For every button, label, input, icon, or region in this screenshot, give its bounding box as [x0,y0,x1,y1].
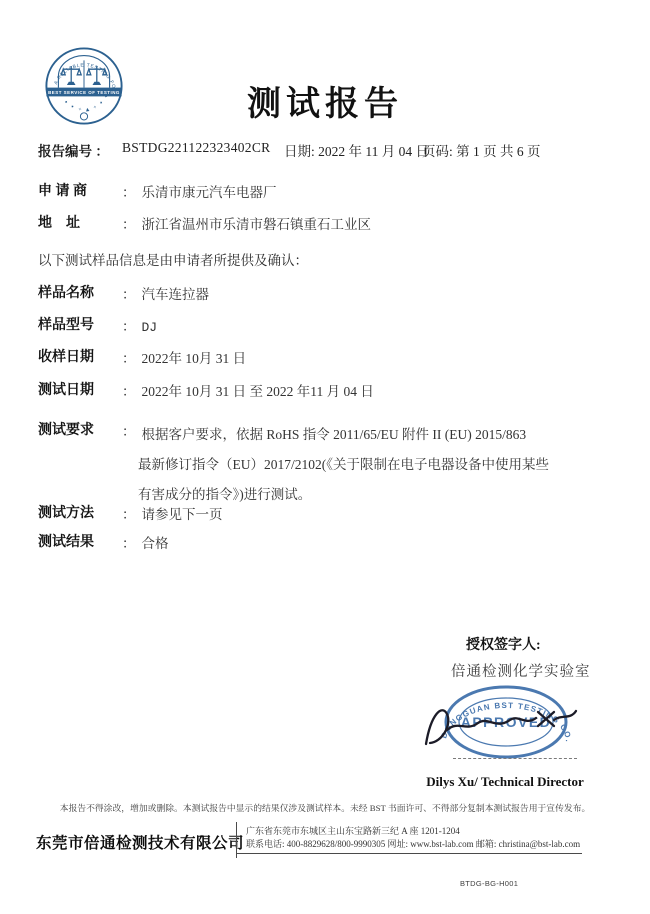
test-method-value: ：请参见下一页 [122,503,223,523]
colon: ： [122,185,136,200]
test-date-value: ：2022年 10月 31 日 至 2022 年11 月 04 日 [122,380,374,400]
colon: ： [122,217,136,232]
test-requirement-line2: 最新修订指令（EU）2017/2102(《关于限制在电子电器设备中使用某些 [138,450,592,480]
disclaimer-text: 本报告不得涂改，增加或删除。本测试报告中显示的结果仅涉及测试样本。未经 BST … [0,801,650,814]
colon: ： [122,384,136,399]
test-result-label: 测试结果 [38,531,94,551]
test-result-text: 合格 [142,536,169,551]
doc-code: BTDG-BG-H001 [460,879,518,888]
colon: ： [122,507,136,522]
signer-name: Dilys Xu/ Technical Director [412,774,598,790]
report-date: 日期: 2022 年 11 月 04 日 [284,140,429,160]
test-requirement-value: ：根据客户要求，依据 RoHS 指令 2011/65/EU 附件 II (EU)… [122,420,592,510]
signature-line [453,758,577,759]
approved-stamp-icon: DONGGUAN BST TESTING CO., LTD APPROVED [418,680,588,764]
address-text: 浙江省温州市乐清市磐石镇重石工业区 [142,217,372,232]
receive-date-value: ：2022年 10月 31 日 [122,347,246,367]
page-title: 测试报告 [0,76,650,125]
sample-name-label: 样品名称 [38,282,94,302]
report-page-info: 页码: 第 1 页 共 6 页 [422,140,541,160]
applicant-text: 乐清市康元汽车电器厂 [142,185,277,200]
sample-name-text: 汽车连拉器 [142,287,210,302]
test-date-text: 2022年 10月 31 日 至 2022 年11 月 04 日 [142,384,374,399]
sample-model-label: 样品型号 [38,314,94,334]
report-no-label: 报告编号 ： [38,140,109,160]
sample-name-value: ：汽车连拉器 [122,283,209,303]
test-report-page: A RELIABLE TESTING FOR TRUST BEST SERVIC… [0,0,650,914]
report-header-row: 报告编号 ： BSTDG221122323402CR 日期: 2022 年 11… [38,140,630,158]
report-no-value: BSTDG221122323402CR [122,140,270,156]
lab-name: 倍通检测化学实验室 [451,660,591,681]
sample-model-value: ：DJ [122,315,157,335]
sample-info-note: 以下测试样品信息是由申请者所提供及确认： [38,249,308,269]
colon: ： [122,420,136,440]
footer-company-name: 东莞市倍通检测技术有限公司 [36,831,244,853]
colon: ： [122,351,136,366]
applicant-label: 申 请 商 [38,180,87,200]
approved-stamp: DONGGUAN BST TESTING CO., LTD APPROVED [418,680,588,764]
test-method-text: 请参见下一页 [142,507,223,522]
test-requirement-line1: 根据客户要求，依据 RoHS 指令 2011/65/EU 附件 II (EU) … [138,420,592,450]
colon: ： [122,319,136,334]
address-label: 地 址 [38,212,80,232]
test-method-label: 测试方法 [38,502,94,522]
footer-address: 广东省东莞市东城区主山东宝路新三纪 A 座 1201-1204 [246,824,460,837]
colon: ： [122,287,136,302]
footer-rule [236,853,582,854]
sample-model-text: DJ [142,320,158,335]
authorized-signer-label: 授权签字人: [466,634,541,654]
test-date-label: 测试日期 [38,379,94,399]
receive-date-text: 2022年 10月 31 日 [142,351,247,366]
colon: ： [122,536,136,551]
applicant-value: ：乐清市康元汽车电器厂 [122,181,277,201]
test-result-value: ：合格 [122,532,169,552]
test-requirement-label: 测试要求 [38,419,94,439]
address-value: ：浙江省温州市乐清市磐石镇重石工业区 [122,213,371,233]
receive-date-label: 收样日期 [38,346,94,366]
footer-contact: 联系电话: 400-8829628/800-9990305 网址: www.bs… [246,837,580,850]
